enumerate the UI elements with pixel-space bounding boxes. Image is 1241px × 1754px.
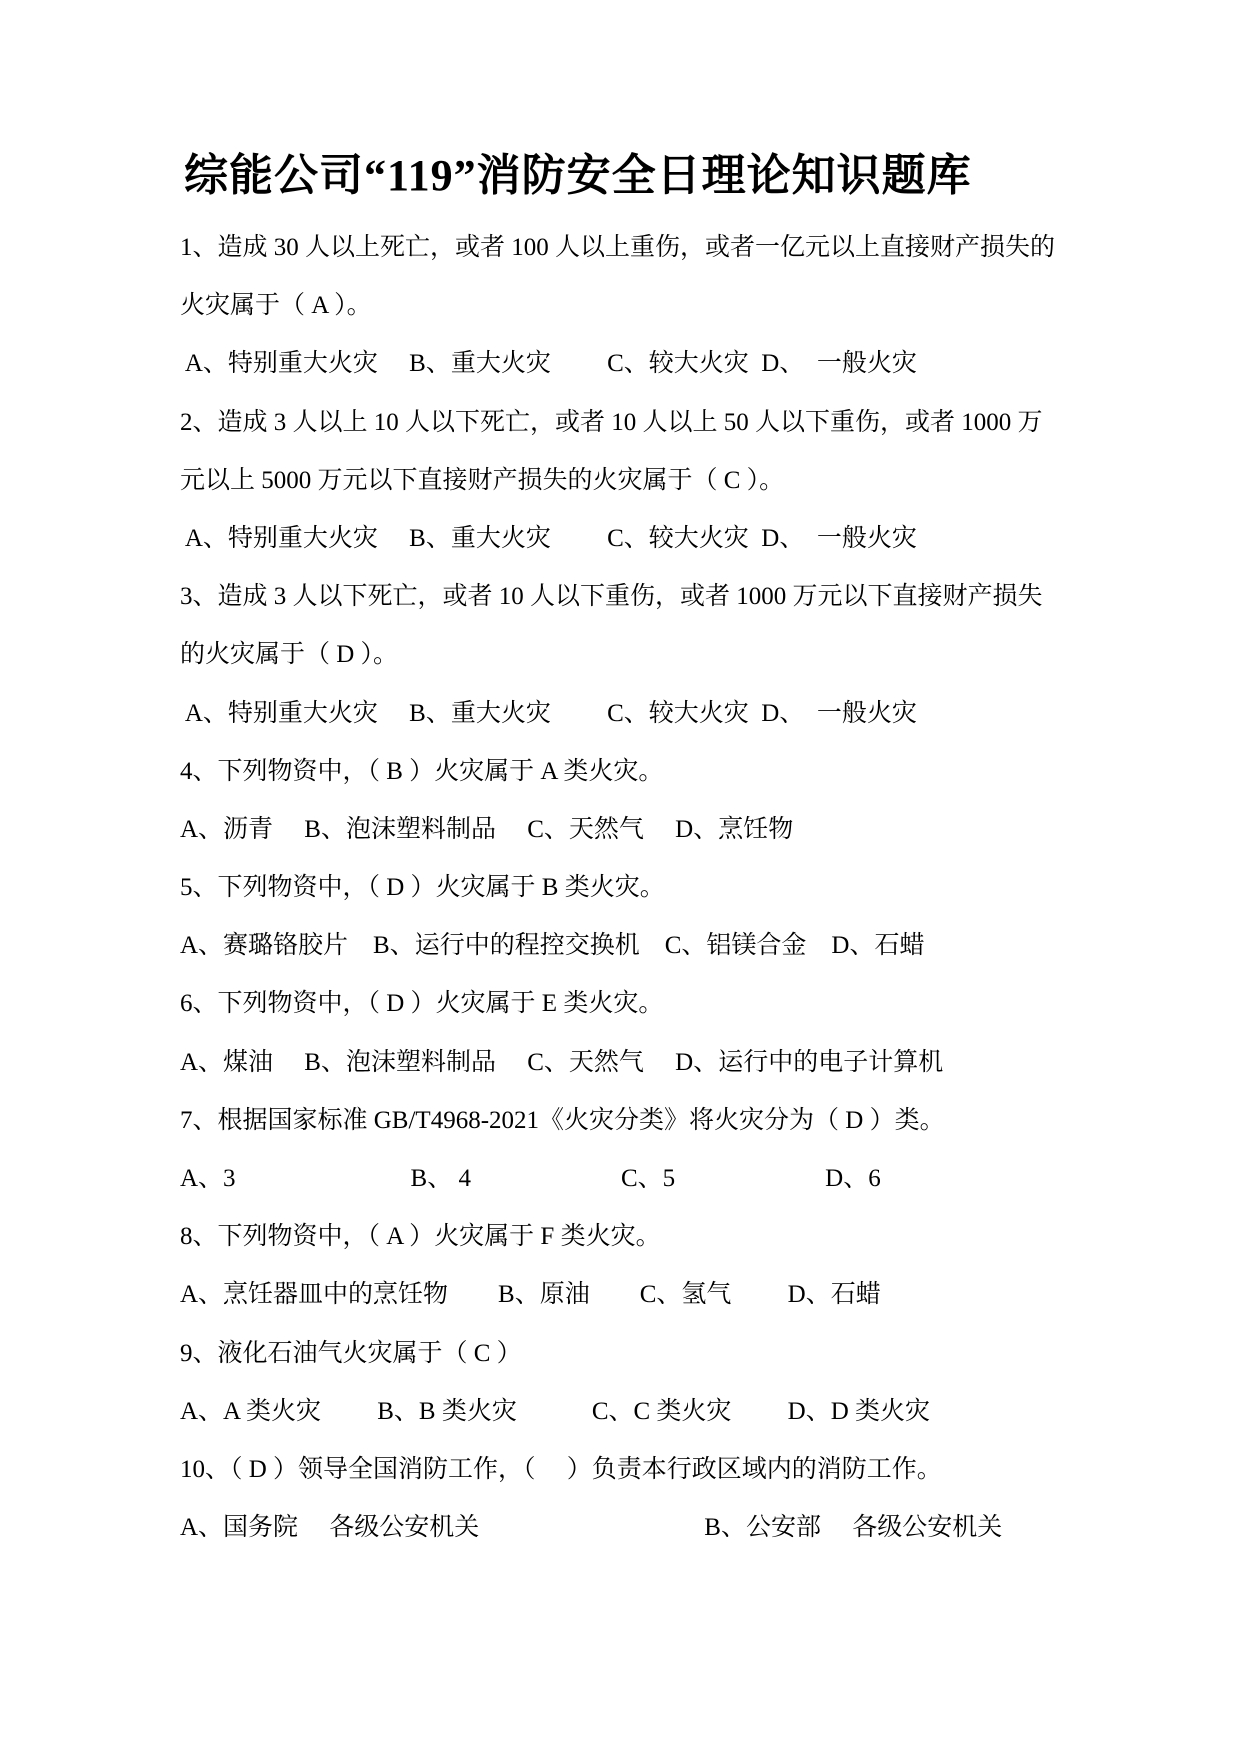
document-body: 1、造成 30 人以上死亡，或者 100 人以上重伤，或者一亿元以上直接财产损失… (180, 219, 1100, 1557)
question-1-text-line-1: 1、造成 30 人以上死亡，或者 100 人以上重伤，或者一亿元以上直接财产损失… (180, 219, 1100, 277)
question-5-options: A、赛璐铬胶片 B、运行中的程控交换机 C、铝镁合金 D、石蜡 (180, 917, 1100, 975)
question-8-options: A、烹饪器皿中的烹饪物 B、原油 C、氢气 D、石蜡 (180, 1266, 1100, 1324)
question-9-text: 9、液化石油气火灾属于（ C ） (180, 1325, 1100, 1383)
question-6-text: 6、下列物资中，（ D ）火灾属于 E 类火灾。 (180, 975, 1100, 1033)
question-3-options: A、特别重大火灾 B、重大火灾 C、较大火灾 D、 一般火灾 (180, 685, 1100, 743)
question-1-options: A、特别重大火灾 B、重大火灾 C、较大火灾 D、 一般火灾 (180, 335, 1100, 393)
document-title: 综能公司“119”消防安全日理论知识题库 (184, 146, 972, 206)
question-4-options: A、沥青 B、泡沫塑料制品 C、天然气 D、烹饪物 (180, 801, 1100, 859)
question-4-text: 4、下列物资中，（ B ）火灾属于 A 类火灾。 (180, 743, 1100, 801)
document-page: 综能公司“119”消防安全日理论知识题库 1、造成 30 人以上死亡，或者 10… (0, 0, 1241, 1754)
question-5-text: 5、下列物资中，（ D ）火灾属于 B 类火灾。 (180, 859, 1100, 917)
question-10-options: A、国务院 各级公安机关 B、公安部 各级公安机关 (180, 1499, 1100, 1557)
question-2-text-line-2: 元以上 5000 万元以下直接财产损失的火灾属于（ C ）。 (180, 452, 1100, 510)
question-2-options: A、特别重大火灾 B、重大火灾 C、较大火灾 D、 一般火灾 (180, 510, 1100, 568)
question-8-text: 8、下列物资中，（ A ）火灾属于 F 类火灾。 (180, 1208, 1100, 1266)
question-7-text: 7、根据国家标准 GB/T4968-2021《火灾分类》将火灾分为（ D ）类。 (180, 1092, 1100, 1150)
question-6-options: A、煤油 B、泡沫塑料制品 C、天然气 D、运行中的电子计算机 (180, 1034, 1100, 1092)
question-3-text-line-1: 3、造成 3 人以下死亡，或者 10 人以下重伤，或者 1000 万元以下直接财… (180, 568, 1100, 626)
question-1-text-line-2: 火灾属于（ A ）。 (180, 277, 1100, 335)
question-3-text-line-2: 的火灾属于（ D ）。 (180, 626, 1100, 684)
question-7-options: A、3 B、 4 C、5 D、6 (180, 1150, 1100, 1208)
question-2-text-line-1: 2、造成 3 人以上 10 人以下死亡，或者 10 人以上 50 人以下重伤，或… (180, 394, 1100, 452)
question-10-text: 10、（ D ）领导全国消防工作，（ ）负责本行政区域内的消防工作。 (180, 1441, 1100, 1499)
question-9-options: A、A 类火灾 B、B 类火灾 C、C 类火灾 D、D 类火灾 (180, 1383, 1100, 1441)
